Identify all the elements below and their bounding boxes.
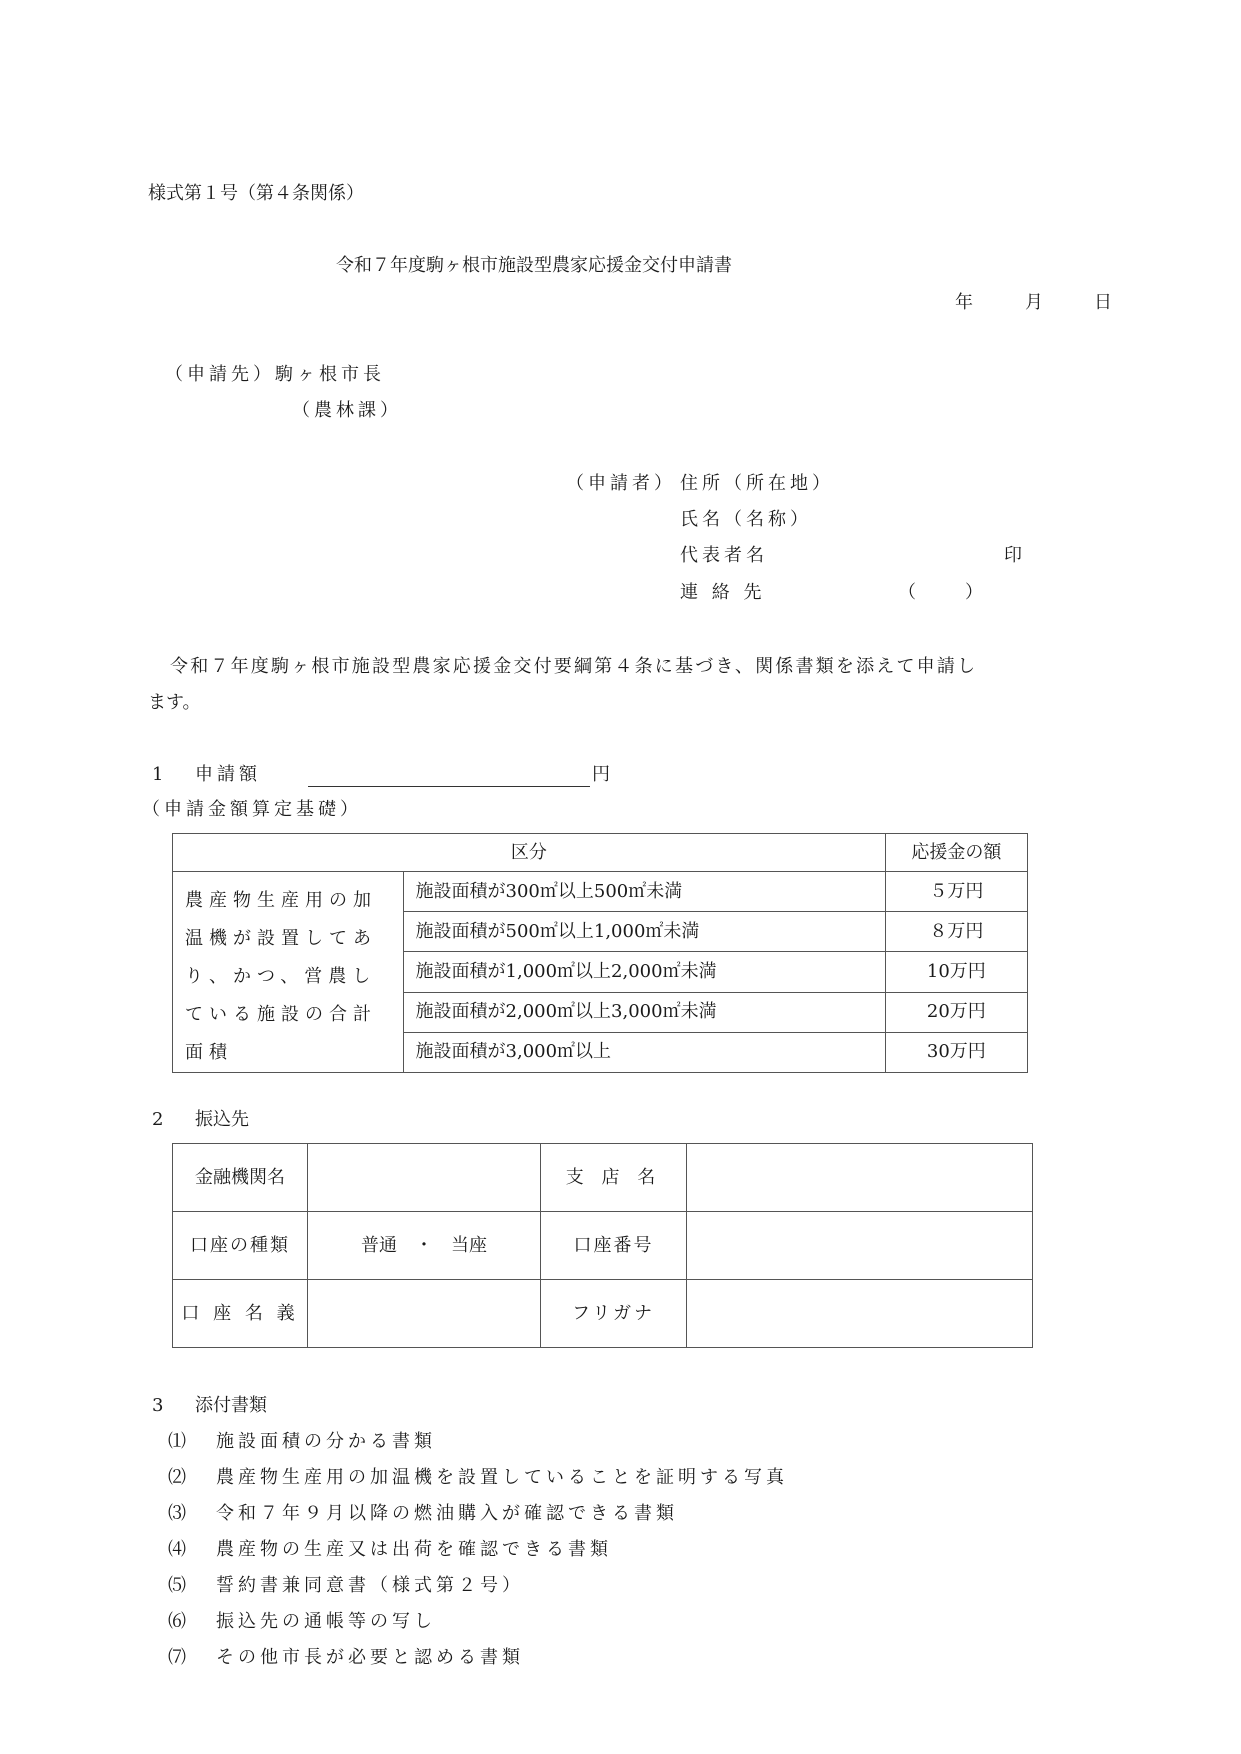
item-number: ⑵ [168, 1469, 186, 1487]
table-row: 口座の種類 普通 ・ 当座 口座番号 [173, 1212, 1033, 1280]
account-number-field[interactable] [687, 1212, 1033, 1280]
applicant-name-label: 氏名（名称） [680, 511, 812, 529]
table-row: 農産物生産用の加温機が設置してあり、かつ、営農している施設の合計面積 施設面積が… [173, 872, 1028, 912]
date-day: 日 [1094, 294, 1112, 312]
item-number: ⑸ [168, 1577, 186, 1595]
condition-cell: 施設面積が2,000㎡以上3,000㎡未満 [403, 992, 885, 1032]
amount-cell: 20万円 [885, 992, 1027, 1032]
condition-cell: 施設面積が300㎡以上500㎡未満 [403, 872, 885, 912]
subsidy-basis-table: 区分 応援金の額 農産物生産用の加温機が設置してあり、かつ、営農している施設の合… [172, 833, 1028, 1073]
furigana-field[interactable] [687, 1280, 1033, 1348]
contact-paren-close: ） [965, 584, 983, 602]
item-text: 施設面積の分かる書類 [216, 1433, 436, 1451]
applicant-address-label: 住所（所在地） [680, 475, 834, 493]
table-row: 金融機関名 支 店 名 [173, 1144, 1033, 1212]
application-amount-field[interactable] [308, 766, 590, 787]
date-month: 月 [1025, 294, 1043, 312]
item-text: 振込先の通帳等の写し [216, 1613, 436, 1631]
item-number: ⑴ [168, 1433, 186, 1451]
addressee-line2: （農林課） [292, 402, 402, 420]
amount-cell: ８万円 [885, 912, 1027, 952]
account-number-label: 口座番号 [541, 1212, 687, 1280]
branch-label: 支 店 名 [541, 1144, 687, 1212]
section2-label: 振込先 [195, 1111, 249, 1129]
section1-label: 申請額 [195, 766, 261, 784]
condition-cell: 施設面積が500㎡以上1,000㎡未満 [403, 912, 885, 952]
condition-cell: 施設面積が1,000㎡以上2,000㎡未満 [403, 952, 885, 992]
table-row: 口 座 名 義 フリガナ [173, 1280, 1033, 1348]
account-type-label: 口座の種類 [173, 1212, 308, 1280]
account-holder-label: 口 座 名 義 [173, 1280, 308, 1348]
branch-field[interactable] [687, 1144, 1033, 1212]
amount-cell: ５万円 [885, 872, 1027, 912]
section1-number: 1 [152, 766, 163, 784]
date-year: 年 [955, 294, 973, 312]
basis-label: （申請金額算定基礎） [142, 801, 362, 819]
header-category: 区分 [173, 834, 886, 872]
bank-transfer-table: 金融機関名 支 店 名 口座の種類 普通 ・ 当座 口座番号 口 座 名 義 フ… [172, 1143, 1033, 1348]
item-text: 農産物の生産又は出荷を確認できる書類 [216, 1541, 612, 1559]
furigana-label: フリガナ [541, 1280, 687, 1348]
amount-cell: 10万円 [885, 952, 1027, 992]
item-text: 令和７年９月以降の燃油購入が確認できる書類 [216, 1505, 678, 1523]
group-label: 農産物生産用の加温機が設置してあり、かつ、営農している施設の合計面積 [173, 872, 404, 1073]
applicant-label: （申請者） [566, 475, 676, 493]
amount-cell: 30万円 [885, 1032, 1027, 1072]
section3-number: 3 [152, 1397, 163, 1415]
item-text: 農産物生産用の加温機を設置していることを証明する写真 [216, 1469, 788, 1487]
section3-label: 添付書類 [195, 1397, 267, 1415]
item-number: ⑺ [168, 1649, 186, 1667]
body-text-line2: ます。 [148, 694, 201, 712]
form-number: 様式第１号（第４条関係） [148, 185, 364, 203]
header-amount: 応援金の額 [885, 834, 1027, 872]
body-text-line1: 令和７年度駒ヶ根市施設型農家応援金交付要綱第４条に基づき、関係書類を添えて申請し [170, 658, 977, 676]
item-number: ⑷ [168, 1541, 186, 1559]
contact-paren-open: （ [898, 584, 916, 602]
account-type-options[interactable]: 普通 ・ 当座 [308, 1212, 541, 1280]
table-header-row: 区分 応援金の額 [173, 834, 1028, 872]
applicant-representative-label: 代表者名 [680, 547, 768, 565]
item-text: その他市長が必要と認める書類 [216, 1649, 524, 1667]
item-number: ⑹ [168, 1613, 186, 1631]
addressee-line1: （申請先）駒ヶ根市長 [165, 366, 385, 384]
section1-unit: 円 [592, 766, 610, 784]
bank-name-field[interactable] [308, 1144, 541, 1212]
seal-mark: 印 [1004, 547, 1022, 565]
condition-cell: 施設面積が3,000㎡以上 [403, 1032, 885, 1072]
document-title: 令和７年度駒ヶ根市施設型農家応援金交付申請書 [336, 257, 732, 275]
item-number: ⑶ [168, 1505, 186, 1523]
bank-name-label: 金融機関名 [173, 1144, 308, 1212]
section2-number: 2 [152, 1111, 163, 1129]
account-holder-field[interactable] [308, 1280, 541, 1348]
item-text: 誓約書兼同意書（様式第２号） [216, 1577, 524, 1595]
applicant-contact-label: 連 絡 先 [680, 584, 765, 602]
